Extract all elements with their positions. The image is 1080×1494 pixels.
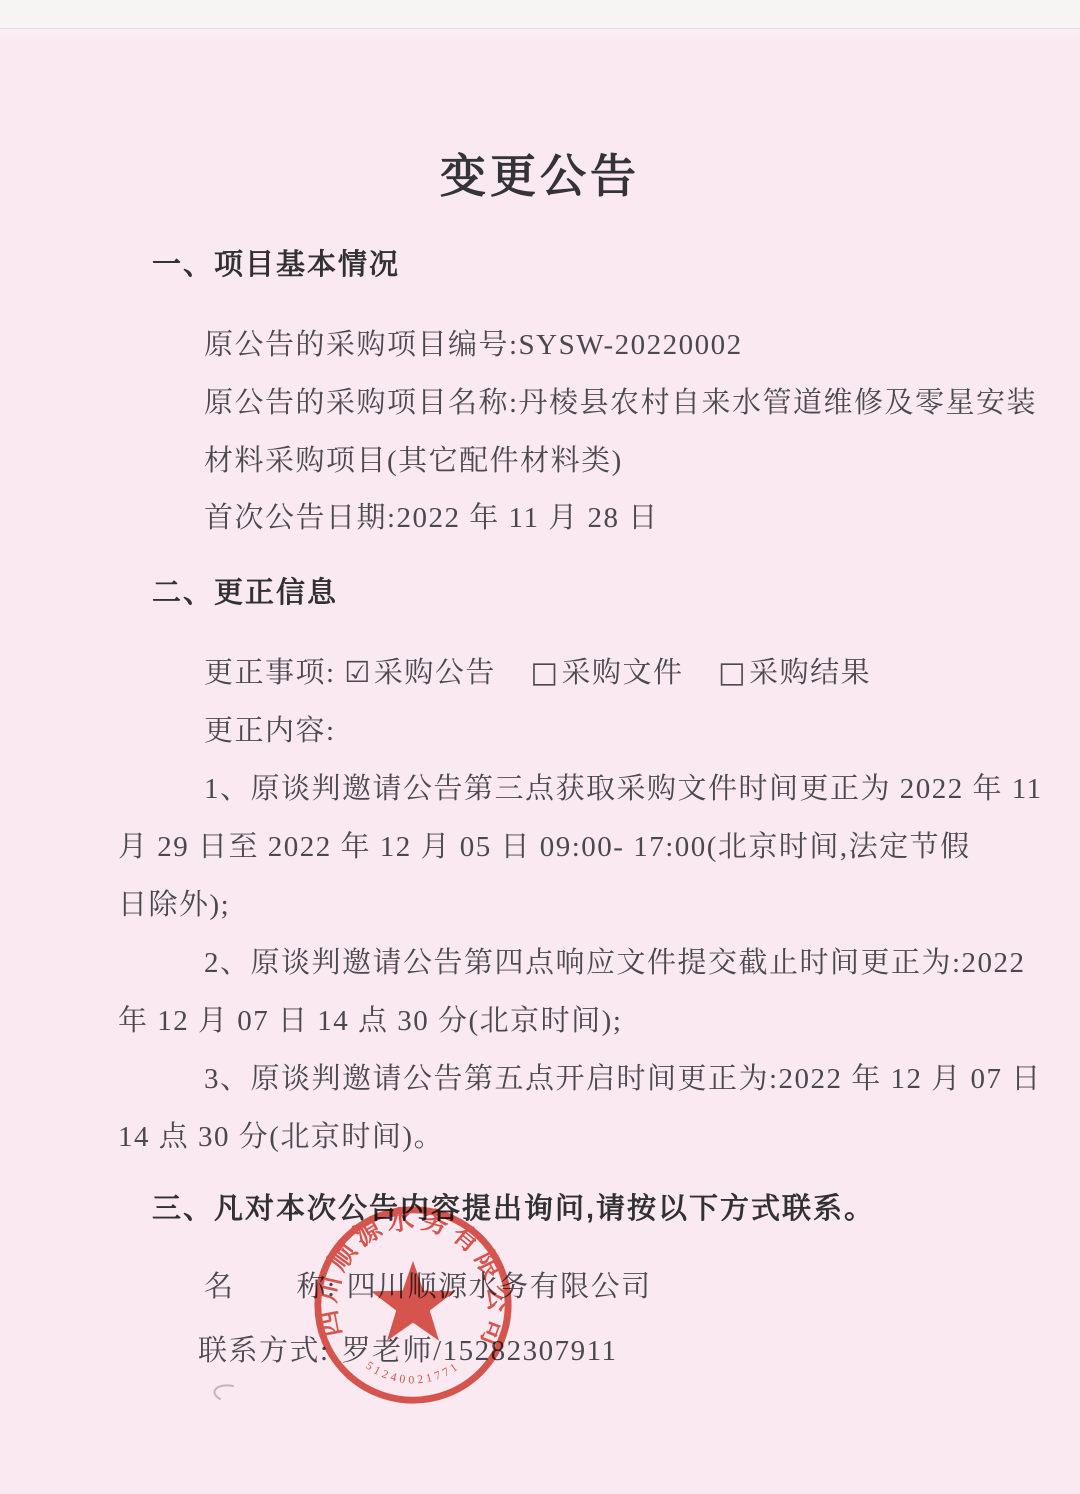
- scanned-announcement-page: 变更公告 一、项目基本情况 原公告的采购项目编号:SYSW-20220002 原…: [0, 0, 1080, 1494]
- project-number-line: 原公告的采购项目编号:SYSW-20220002: [204, 322, 743, 363]
- checkbox-label: 采购文件: [561, 657, 683, 689]
- seal-svg: 四川顺源水务有限公司 51240021771: [310, 1202, 516, 1408]
- company-seal-stamp: 四川顺源水务有限公司 51240021771: [310, 1202, 516, 1408]
- section2-heading: 二、更正信息: [152, 570, 338, 611]
- correction-point2-line1: 2、原谈判邀请公告第四点响应文件提交截止时间更正为:2022: [204, 940, 1026, 981]
- checked-checkbox-icon: ☑: [344, 655, 372, 689]
- seal-serial-text: 51240021771: [363, 1359, 462, 1386]
- checkbox-label: 采购结果: [749, 657, 871, 689]
- page-title: 变更公告: [0, 140, 1080, 206]
- section1-heading: 一、项目基本情况: [152, 242, 400, 283]
- checkbox-procurement-announcement: ☑采购公告: [344, 657, 496, 689]
- unchecked-checkbox-icon: □: [531, 655, 560, 689]
- seal-star-icon: [371, 1261, 455, 1341]
- first-announcement-date-line: 首次公告日期:2022 年 11 月 28 日: [204, 495, 659, 536]
- correction-content-label: 更正内容:: [204, 708, 336, 749]
- correction-items-label: 更正事项:: [204, 657, 336, 689]
- project-name-continued-line: 材料采购项目(其它配件材料类): [204, 438, 623, 479]
- correction-point1-line1: 1、原谈判邀请公告第三点获取采购文件时间更正为 2022 年 11: [204, 766, 1043, 807]
- correction-point3-line2: 14 点 30 分(北京时间)。: [118, 1114, 444, 1155]
- correction-point2-line2: 年 12 月 07 日 14 点 30 分(北京时间);: [118, 998, 622, 1039]
- correction-point3-line1: 3、原谈判邀请公告第五点开启时间更正为:2022 年 12 月 07 日: [204, 1056, 1042, 1097]
- correction-point1-line2: 月 29 日至 2022 年 12 月 05 日 09:00- 17:00(北京…: [118, 824, 971, 865]
- checkbox-label: 采购公告: [374, 657, 496, 689]
- pencil-mark-artifact: [205, 1382, 239, 1404]
- checkbox-procurement-document: □采购文件: [531, 657, 684, 689]
- unchecked-checkbox-icon: □: [718, 655, 747, 689]
- correction-items-line: 更正事项: ☑采购公告 □采购文件 □采购结果: [204, 650, 897, 691]
- correction-point1-line3: 日除外);: [118, 882, 230, 923]
- scan-artifact-top-fade: [0, 29, 1080, 47]
- name-key-part1: 名: [204, 1271, 235, 1303]
- project-name-line: 原公告的采购项目名称:丹棱县农村自来水管道维修及零星安装: [204, 380, 1037, 421]
- scan-artifact-top-band: [0, 0, 1080, 29]
- checkbox-procurement-result: □采购结果: [718, 657, 871, 689]
